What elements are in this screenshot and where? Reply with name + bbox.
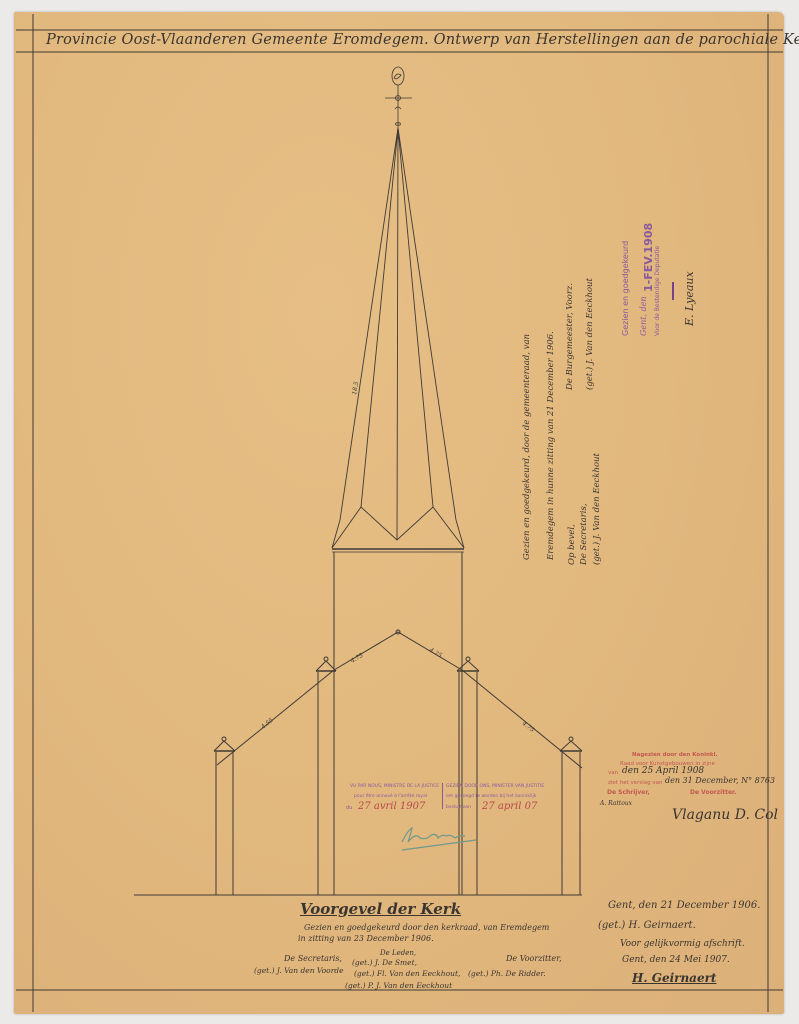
dimension-label-roof-upper-left: 4.75 [349,652,365,665]
purple-stamp-line-1: Gezien en goedgekeurd [622,241,630,336]
approval-line-3: Op bevel, [568,524,577,565]
ministry-stamp-left-line-1: VU PAR NOUS, MINISTRE DE LA JUSTICE [350,785,439,790]
ministry-stamp-left-line-2: pour être annexé à l'arrêté royal [354,795,427,800]
purple-stamp-line-2: Gent, den [640,296,648,336]
council-stamp-line-3-prefix: van [608,771,618,777]
renkin-signature [402,828,476,850]
council-stamp-chair-label: De Voorzitter. [690,790,736,796]
approval-line-7: (get.) J. Van den Eeckhout [586,278,595,390]
drawing-caption: Voorgevel der Kerk [300,902,461,917]
approval-line-2: Eremdegem in hunne zitting van 21 Decemb… [547,331,556,560]
approval-line-5: (get.) J. Van den Eeckhout [593,453,602,565]
ministry-stamp-left-date: 27 avril 1907 [358,802,425,812]
ministry-stamp-left-prefix: du [346,806,352,811]
ministry-stamp-right-line-2: om gevoegd te worden bij het koninklijk [446,795,536,800]
kerkraad-label-secretary: De Secretaris, [284,955,342,963]
kerkraad-signature-4: (get.) P. J. Van den Eeckhout [345,982,452,990]
approval-line-1: Gezien en goedgekeurd, door de gemeenter… [523,334,532,560]
council-stamp-line-4-prefix: ziet het verslag van [608,781,663,787]
kerkraad-approval-line-2: in zitting van 23 December 1906. [298,935,434,943]
council-stamp-chair-signature: Vlaganu D. Col [672,808,778,822]
purple-stamp-line-3: Voor de Bestendige Deputatie [655,246,661,336]
council-stamp-line-1: Nagezien door den Koninkl. [632,753,718,759]
purple-stamp-signature: E. Lyeaux [684,271,695,326]
kerkraad-signature-3: (get.) Fl. Van den Eeckhout, [354,970,460,978]
approval-line-6: De Burgemeester, Voorz. [566,283,575,390]
council-stamp-line-4-value: den 31 December, N° 8763 [665,777,775,785]
council-stamp-secretary-label: De Schrijver, [607,790,650,796]
council-stamp-line-3-value: den 25 April 1908 [622,767,704,776]
copy-certification: Voor gelijkvormig afschrift. [620,940,745,949]
architect-place-date: Gent, den 21 December 1906. [608,901,760,911]
tower [334,552,462,895]
architect-signature: H. Geirnaert [632,972,716,984]
ministry-stamp-right-date: 27 april 07 [482,802,537,812]
kerkraad-signature-1: (get.) J. Van den Voorde [254,967,344,975]
buttress-right-outer [560,737,582,895]
buttress-right-inner [457,657,479,895]
main-gable [217,630,582,768]
architect-signed: (get.) H. Geirnaert. [598,921,696,931]
spire [332,128,464,552]
kerkraad-approval-line-1: Gezien en goedgekeurd door den kerkraad,… [304,924,549,932]
church-facade-elevation: 18.5 4.75 4.25 4.55 4.75 [0,0,799,1024]
purple-stamp-date: 1-FEV.1908 [643,223,654,292]
weathervane-icon [385,67,412,130]
buttress-left-inner [316,657,336,895]
approval-line-4: De Secretaris, [580,503,589,565]
drawing-title: Provincie Oost-Vlaanderen Gemeente Eromd… [46,33,799,48]
copy-place-date: Gent, den 24 Mei 1907. [622,956,730,965]
ministry-stamp-right-line-1: GEZIEN DOOR ONS, MINISTER VAN JUSTITIE [446,785,544,790]
kerkraad-signature-2: (get.) J. De Smet, [352,959,417,967]
kerkraad-label-president: De Voorzitter, [506,955,562,963]
dimension-label-roof-lower-right: 4.75 [520,719,536,733]
kerkraad-signature-5: (get.) Ph. De Ridder. [468,970,546,978]
kerkraad-label-leden: De Leden, [380,950,416,957]
council-stamp-secretary-signature: A. Rattoux [600,801,632,807]
ministry-stamp-right-prefix: besluit van [446,806,471,811]
buttress-left-outer [214,737,235,895]
ministry-stamp-divider [442,783,443,809]
